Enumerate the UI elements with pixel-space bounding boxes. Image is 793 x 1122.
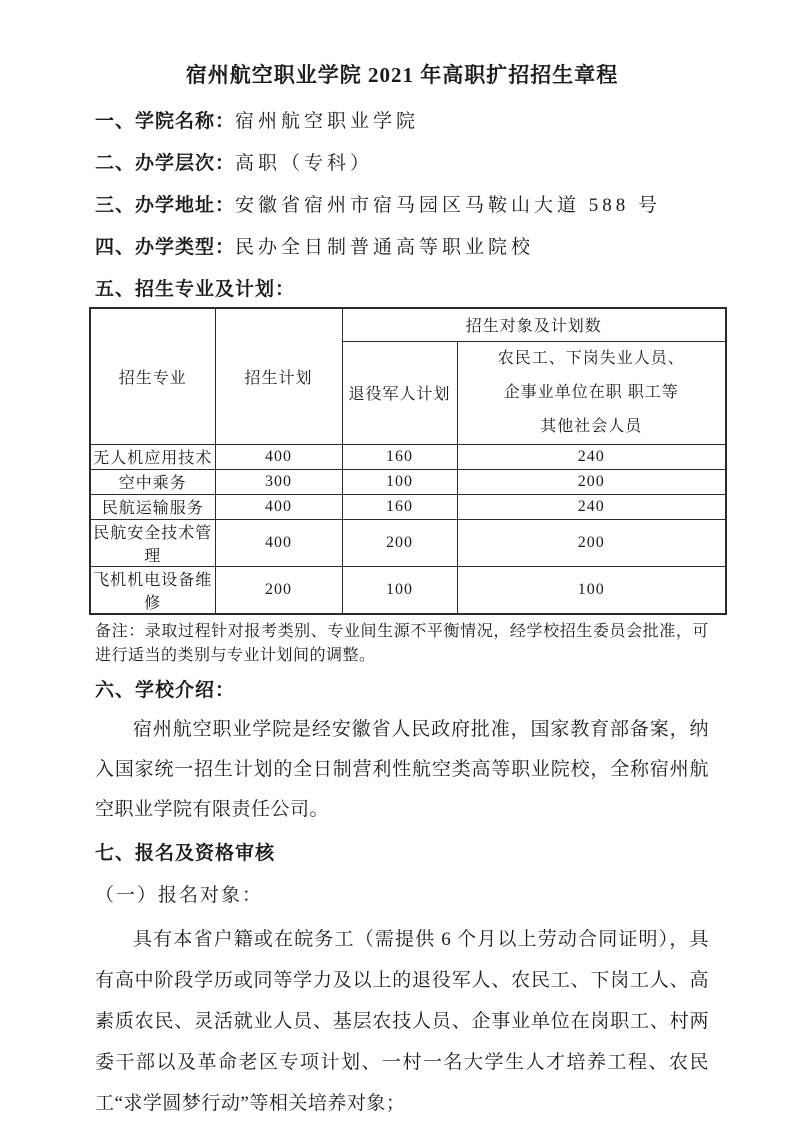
cell-plan: 200 xyxy=(215,566,342,614)
header-veteran: 退役军人计划 xyxy=(342,341,457,444)
cell-veteran: 160 xyxy=(342,444,457,469)
header-plan: 招生计划 xyxy=(215,308,342,444)
header-major: 招生专业 xyxy=(90,308,215,444)
cell-veteran: 100 xyxy=(342,566,457,614)
cell-veteran: 200 xyxy=(342,519,457,566)
cell-major: 民航运输服务 xyxy=(90,494,215,519)
header-other-line: 其他社会人员 xyxy=(460,410,724,444)
item-value: 宿州航空职业学院 xyxy=(235,111,419,132)
header-group: 招生对象及计划数 xyxy=(342,308,726,341)
item-school-type: 四、办学类型：民办全日制普通高等职业院校 xyxy=(95,236,709,259)
table-row: 民航运输服务 400 160 240 xyxy=(90,494,726,519)
item-enrollment-plan-heading: 五、招生专业及计划： xyxy=(95,278,709,301)
cell-other: 100 xyxy=(457,566,726,614)
table-row: 空中乘务 300 100 200 xyxy=(90,469,726,494)
cell-other: 200 xyxy=(457,519,726,566)
header-other: 农民工、下岗失业人员、 企事业单位在职 职工等 其他社会人员 xyxy=(457,341,726,444)
item-label: 四、办学类型： xyxy=(95,237,235,258)
cell-major: 无人机应用技术 xyxy=(90,444,215,469)
table-row: 无人机应用技术 400 160 240 xyxy=(90,444,726,469)
enrollment-plan-table: 招生专业 招生计划 招生对象及计划数 退役军人计划 农民工、下岗失业人员、 企事… xyxy=(89,307,727,615)
item-label: 三、办学地址： xyxy=(95,195,235,216)
item-address: 三、办学地址：安徽省宿州市宿马园区马鞍山大道 588 号 xyxy=(95,194,709,217)
cell-other: 240 xyxy=(457,494,726,519)
document-page: 宿州航空职业学院 2021 年高职扩招招生章程 一、学院名称：宿州航空职业学院 … xyxy=(0,0,793,1122)
section-six-heading: 六、学校介绍： xyxy=(95,679,709,702)
item-value: 民办全日制普通高等职业院校 xyxy=(235,237,534,258)
cell-plan: 300 xyxy=(215,469,342,494)
cell-plan: 400 xyxy=(215,494,342,519)
cell-major: 民航安全技术管理 xyxy=(90,519,215,566)
cell-veteran: 160 xyxy=(342,494,457,519)
cell-other: 200 xyxy=(457,469,726,494)
item-label: 一、学院名称： xyxy=(95,111,235,132)
item-label: 二、办学层次： xyxy=(95,153,235,174)
cell-major: 飞机机电设备维修 xyxy=(90,566,215,614)
cell-plan: 400 xyxy=(215,444,342,469)
item-value: 高职（专科） xyxy=(235,153,373,174)
cell-major: 空中乘务 xyxy=(90,469,215,494)
section-seven-subheading: （一）报名对象： xyxy=(95,884,709,907)
cell-veteran: 100 xyxy=(342,469,457,494)
table-row: 飞机机电设备维修 200 100 100 xyxy=(90,566,726,614)
cell-plan: 400 xyxy=(215,519,342,566)
item-value: 安徽省宿州市宿马园区马鞍山大道 588 号 xyxy=(235,195,661,216)
table-note: 备注：录取过程针对报考类别、专业间生源不平衡情况，经学校招生委员会批准，可进行适… xyxy=(95,620,709,668)
page-title: 宿州航空职业学院 2021 年高职扩招招生章程 xyxy=(95,58,709,92)
item-college-name: 一、学院名称：宿州航空职业学院 xyxy=(95,110,709,133)
table-header-row-1: 招生专业 招生计划 招生对象及计划数 xyxy=(90,308,726,341)
header-other-line: 农民工、下岗失业人员、 xyxy=(460,342,724,376)
header-other-line: 企事业单位在职 职工等 xyxy=(460,376,724,410)
section-seven-heading: 七、报名及资格审核 xyxy=(95,842,709,865)
table-row: 民航安全技术管理 400 200 200 xyxy=(90,519,726,566)
item-education-level: 二、办学层次：高职（专科） xyxy=(95,152,709,175)
section-seven-paragraph: 具有本省户籍或在皖务工（需提供 6 个月以上劳动合同证明），具有高中阶段学历或同… xyxy=(95,919,709,1122)
section-six-paragraph: 宿州航空职业学院是经安徽省人民政府批准，国家教育部备案，纳入国家统一招生计划的全… xyxy=(95,710,709,830)
cell-other: 240 xyxy=(457,444,726,469)
item-label: 五、招生专业及计划： xyxy=(95,279,295,300)
